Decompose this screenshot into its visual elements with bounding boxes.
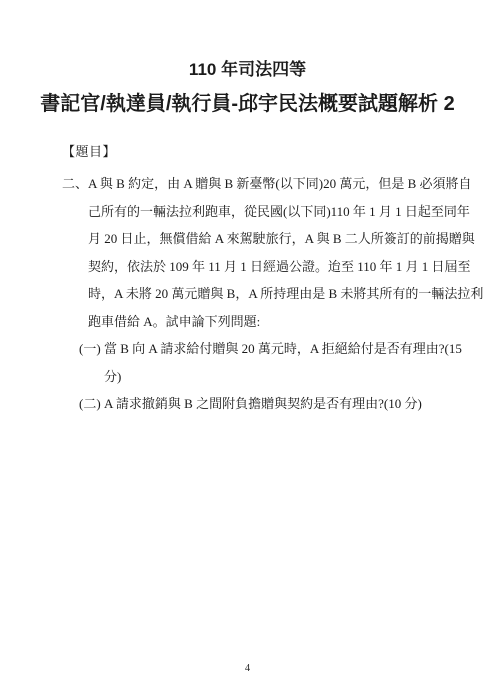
- question-line: 時，A 未將 20 萬元贈與 B，A 所持理由是 B 未將其所有的一輛法拉利: [88, 280, 441, 308]
- question-line: 月 20 日止，無償借給 A 來駕駛旅行，A 與 B 二人所簽訂的前揭贈與: [88, 225, 441, 253]
- doc-subtitle: 書記官/執達員/執行員-邱宇民法概要試題解析 2: [0, 91, 495, 117]
- question-line: 契約，依法於 109 年 11 月 1 日經過公證。迨至 110 年 1 月 1…: [88, 253, 441, 281]
- question-number: 二、: [62, 170, 88, 198]
- section-label: 【題目】: [62, 144, 116, 160]
- doc-title: 110 年司法四等: [0, 59, 495, 81]
- document-page: 110 年司法四等 書記官/執達員/執行員-邱宇民法概要試題解析 2 【題目】 …: [0, 0, 495, 700]
- subquestion-2: (二) A 請求撤銷與 B 之間附負擔贈與契約是否有理由?(10 分): [79, 390, 441, 418]
- subquestion-1-number: (一): [79, 335, 104, 363]
- subquestion-2-number: (二): [79, 390, 104, 418]
- page-number: 4: [0, 662, 495, 676]
- question-line: 己所有的一輛法拉利跑車，從民國(以下同)110 年 1 月 1 日起至同年: [88, 198, 441, 226]
- subquestion-1-text: 當 B 向 A 請求給付贈與 20 萬元時，A 拒絕給付是否有理由?(15: [104, 335, 441, 363]
- question-paragraph: 二、 A 與 B 約定，由 A 贈與 B 新臺幣(以下同)20 萬元，但是 B …: [62, 170, 441, 335]
- subquestion-line: 分): [104, 363, 441, 391]
- question-line-text: A 與 B 約定，由 A 贈與 B 新臺幣(以下同)20 萬元，但是 B 必須將…: [88, 170, 441, 198]
- question-line: 二、 A 與 B 約定，由 A 贈與 B 新臺幣(以下同)20 萬元，但是 B …: [62, 170, 441, 198]
- question-line: 跑車借給 A。試申論下列問題:: [88, 308, 441, 336]
- question-body: 二、 A 與 B 約定，由 A 贈與 B 新臺幣(以下同)20 萬元，但是 B …: [62, 170, 441, 418]
- subquestion-2-text: A 請求撤銷與 B 之間附負擔贈與契約是否有理由?(10 分): [104, 390, 441, 418]
- subquestion-line: (一) 當 B 向 A 請求給付贈與 20 萬元時，A 拒絕給付是否有理由?(1…: [79, 335, 441, 363]
- subquestion-line: (二) A 請求撤銷與 B 之間附負擔贈與契約是否有理由?(10 分): [79, 390, 441, 418]
- subquestion-1: (一) 當 B 向 A 請求給付贈與 20 萬元時，A 拒絕給付是否有理由?(1…: [79, 335, 441, 390]
